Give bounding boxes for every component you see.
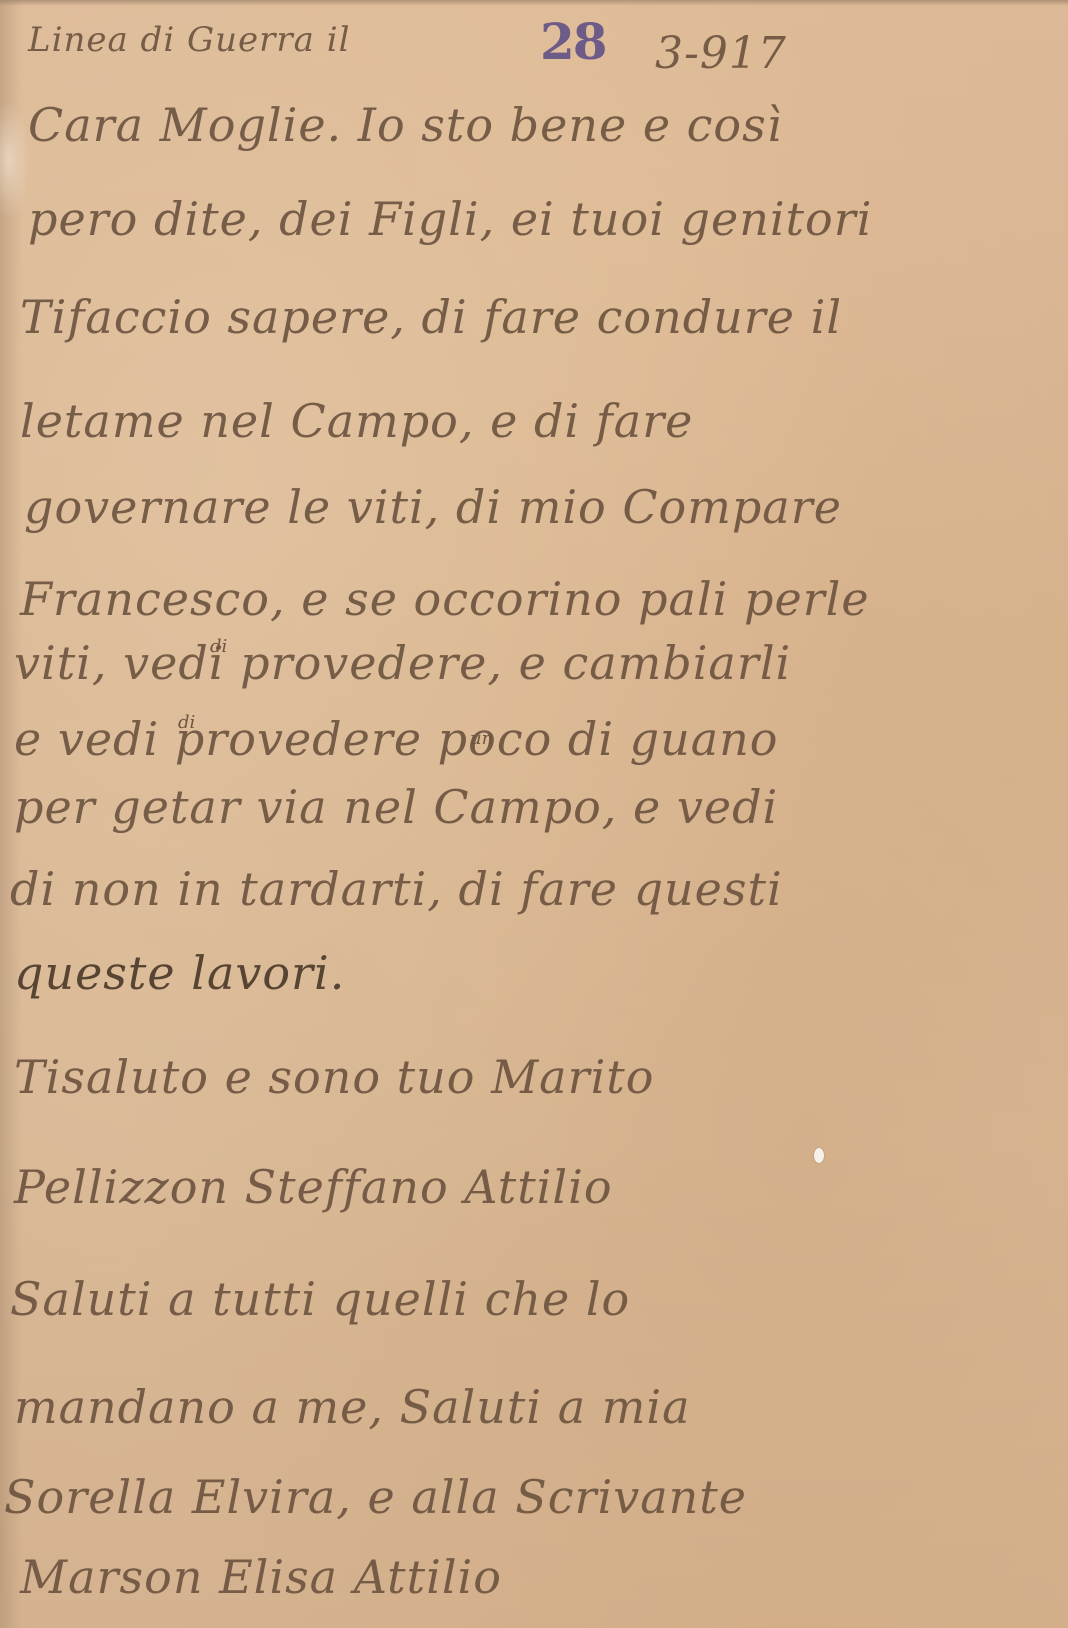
date-stamp: 28 [540, 12, 606, 71]
letter-line-16: Sorella Elvira, e alla Scrivante [4, 1470, 747, 1524]
letter-line-17-signature: Marson Elisa Attilio [20, 1550, 502, 1604]
letter-line-4: letame nel Campo, e di fare [20, 394, 693, 448]
letter-line-8: e vedi provedere poco di guano [14, 712, 779, 766]
letter-page: Linea di Guerra il 28 3-917 Cara Moglie.… [0, 0, 1068, 1628]
letter-line-12: Tisaluto e sono tuo Marito [14, 1050, 655, 1104]
letter-line-14: Saluti a tutti quelli che lo [10, 1272, 630, 1326]
interlinear-insertion-2: di [178, 712, 195, 733]
letter-line-7: viti, vedi provedere, e cambiarli [14, 636, 791, 690]
paper-wear-spot [0, 100, 30, 220]
letter-line-13-signature: Pellizzon Steffano Attilio [14, 1160, 613, 1214]
letter-line-6: Francesco, e se occorino pali perle [20, 572, 870, 626]
interlinear-insertion-1: di [210, 636, 227, 657]
letter-line-11: queste lavori. [14, 946, 345, 1000]
paper-hole [814, 1148, 824, 1163]
paper-top-edge [0, 0, 1068, 6]
interlinear-insertion-3: un [470, 728, 493, 749]
letter-line-9: per getar via nel Campo, e vedi [14, 780, 778, 834]
letter-line-15: mandano a me, Saluti a mia [14, 1380, 691, 1434]
letter-line-3: Tifaccio sapere, di fare condure il [20, 290, 842, 344]
letter-header-place: Linea di Guerra il [28, 20, 351, 60]
letter-line-1: Cara Moglie. Io sto bene e così [28, 98, 782, 152]
letter-line-2: pero dite, dei Figli, ei tuoi genitori [28, 192, 872, 246]
letter-header-date: 3-917 [655, 28, 787, 79]
letter-line-10: di non in tardarti, di fare questi [10, 862, 783, 916]
letter-line-5: governare le viti, di mio Compare [24, 480, 842, 534]
